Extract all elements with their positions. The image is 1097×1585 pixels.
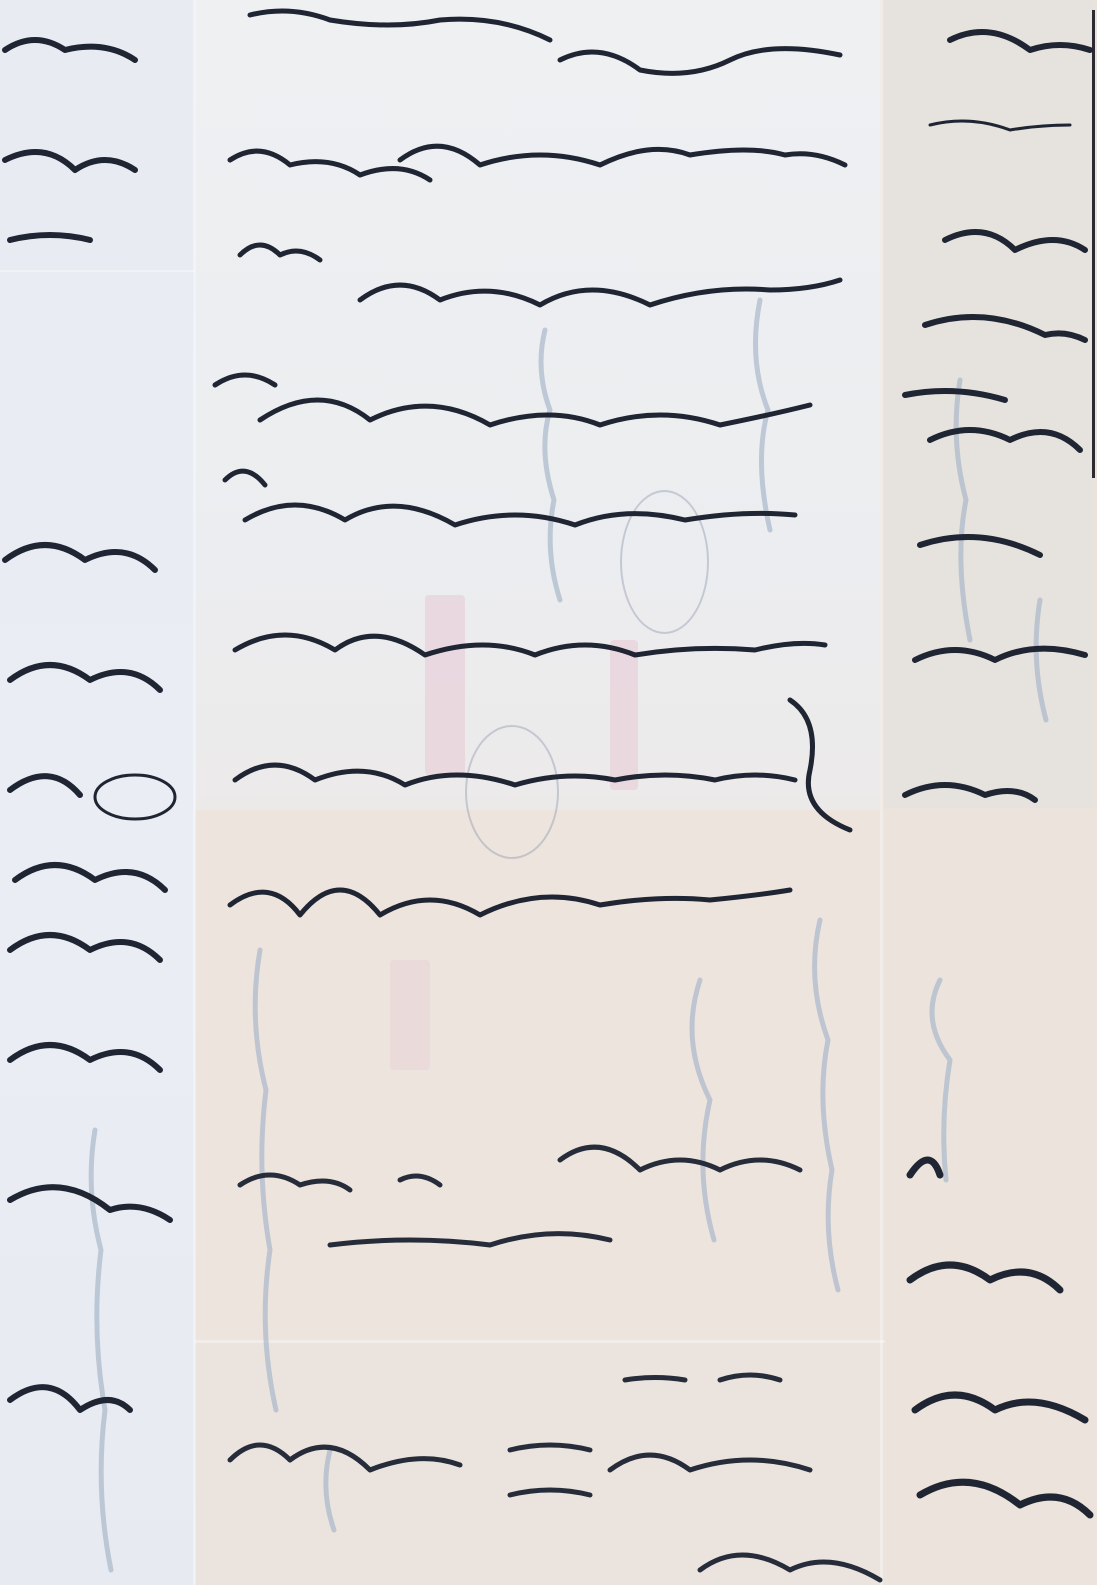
brush-script-strokes [0, 0, 1097, 1585]
manuscript-page [0, 0, 1097, 1585]
